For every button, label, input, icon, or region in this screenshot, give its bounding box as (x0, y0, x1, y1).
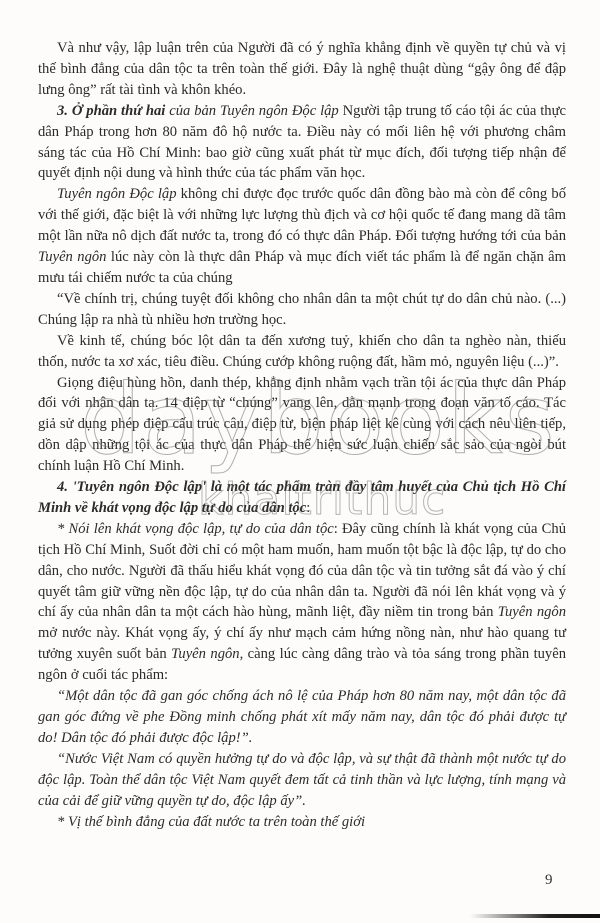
paragraph-section-4-heading: 4. 'Tuyên ngôn Độc lập' là một tác phẩm … (38, 477, 566, 519)
title-ref: Tuyên ngôn (38, 249, 106, 265)
quote-nation-freedom: “Một dân tộc đã gan góc chống ách nô lệ … (38, 686, 566, 749)
book-page: Và như vậy, lập luận trên của Người đã c… (0, 0, 600, 923)
paragraph-rhetoric-analysis: Giọng điệu hùng hồn, danh thép, khẳng đị… (38, 373, 566, 478)
paragraph-section-3: 3. Ở phần thứ hai của bản Tuyên ngôn Độc… (38, 101, 566, 185)
quote-politics: “Về chính trị, chúng tuyệt đối không cho… (38, 289, 566, 331)
section-3-heading: 3. Ở phần thứ hai (57, 103, 165, 119)
section-3-title-ref: của bản Tuyên ngôn Độc lập (165, 103, 338, 119)
page-body-text: Và như vậy, lập luận trên của Người đã c… (38, 38, 566, 832)
page-edge-shadow (470, 914, 600, 918)
page-number: 9 (545, 872, 553, 889)
title-ref: Tuyên ngôn Độc lập (57, 186, 177, 202)
paragraph-conclusion-argument: Và như vậy, lập luận trên của Người đã c… (38, 38, 566, 101)
bullet-heading: * Nói lên khát vọng độc lập, tự do của d… (57, 521, 334, 537)
title-ref: Tuyên ngôn (171, 646, 240, 662)
paragraph-aspiration: * Nói lên khát vọng độc lập, tự do của d… (38, 519, 566, 686)
bullet-equal-status: * Vị thế bình đẳng của đất nước ta trên … (38, 812, 566, 833)
paragraph-declaration-audience: Tuyên ngôn Độc lập không chỉ được đọc tr… (38, 184, 566, 289)
quote-economy: Về kinh tế, chúng bóc lột dân ta đến xươ… (38, 331, 566, 373)
body-part-b: lúc này còn là thực dân Pháp và mục đích… (38, 249, 566, 286)
title-ref: Tuyên ngôn (498, 604, 566, 620)
quote-vietnam-independence: “Nước Việt Nam có quyền hưởng tự do và đ… (38, 749, 566, 812)
heading-colon: : (306, 500, 310, 516)
section-4-heading: 4. 'Tuyên ngôn Độc lập' là một tác phẩm … (38, 479, 566, 516)
